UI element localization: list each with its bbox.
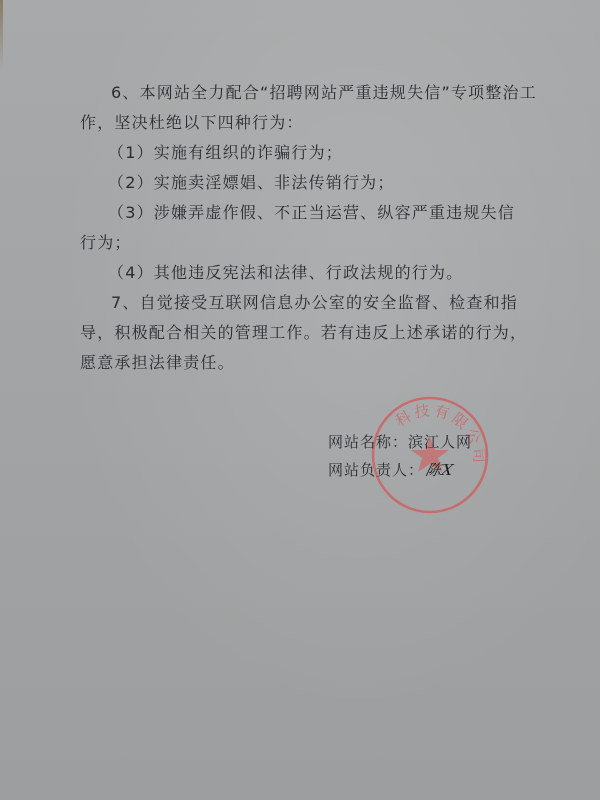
list-item-3-line-2: 行为； — [80, 228, 508, 258]
site-name-row: 网站名称：滨江人网 — [328, 428, 472, 456]
paragraph-7-line-1: 7、自觉接受互联网信息办公室的安全监督、检查和指 — [80, 288, 508, 318]
paper-edge — [0, 0, 3, 70]
list-item-1: （1）实施有组织的诈骗行为； — [80, 138, 508, 168]
signature-block: 网站名称：滨江人网 网站负责人：陈X — [328, 428, 472, 484]
document-body: 6、本网站全力配合“招聘网站严重违规失信”专项整治工 作，坚决杜绝以下四种行为：… — [80, 78, 508, 378]
paragraph-7-line-2: 导，积极配合相关的管理工作。若有违反上述承诺的行为， — [80, 318, 508, 348]
list-item-3-line-1: （3）涉嫌弄虚作假、不正当运营、纵容严重违规失信 — [80, 198, 508, 228]
paragraph-7-line-3: 愿意承担法律责任。 — [80, 348, 508, 378]
paragraph-6-line-1: 6、本网站全力配合“招聘网站严重违规失信”专项整治工 — [80, 78, 508, 108]
paragraph-6-line-2: 作，坚决杜绝以下四种行为： — [80, 108, 508, 138]
list-item-4: （4）其他违反宪法和法律、行政法规的行为。 — [80, 258, 508, 288]
handwritten-signature: 陈X — [423, 456, 457, 484]
list-item-2: （2）实施卖淫嫖娼、非法传销行为； — [80, 168, 508, 198]
site-name-label: 网站名称： — [328, 433, 408, 451]
site-name-value: 滨江人网 — [408, 433, 472, 451]
owner-row: 网站负责人：陈X — [328, 456, 472, 484]
owner-label: 网站负责人： — [328, 461, 424, 479]
